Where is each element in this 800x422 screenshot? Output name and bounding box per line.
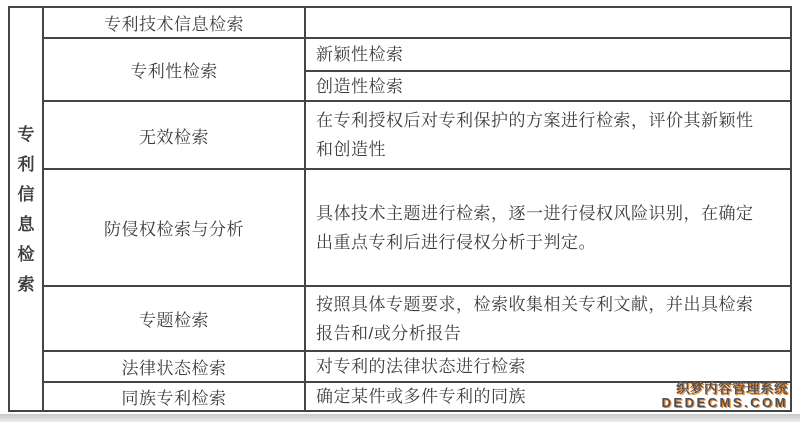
page-background: 专 利 信 息 检 索 专利技术信息检索 专利性检索 新颖性检索 创造性检索 无… [0,0,800,422]
sub-item-inventiveness-search: 创造性检索 [306,72,790,100]
search-type-patentability: 专利性检索 [44,39,304,100]
category-char: 利 [18,156,35,173]
category-char: 专 [18,126,35,143]
search-type-patent-family: 同族专利检索 [44,383,304,410]
search-type-patent-tech-info: 专利技术信息检索 [44,8,304,37]
description-patent-tech-info [306,8,790,37]
search-type-infringement-prevention: 防侵权检索与分析 [44,170,304,285]
search-type-legal-status: 法律状态检索 [44,352,304,381]
search-type-invalidation: 无效检索 [44,102,304,168]
scan-edge-shadow [0,414,800,422]
description-patent-family: 确定某件或多件专利的同族 [306,383,790,410]
category-char: 检 [18,246,35,263]
description-thematic: 按照具体专题要求，检索收集相关专利文献，并出具检索 报告和/或分析报告 [306,287,790,350]
search-type-thematic: 专题检索 [44,287,304,350]
category-char: 信 [18,186,35,203]
category-char: 索 [18,276,35,293]
description-invalidation: 在专利授权后对专利保护的方案进行检索，评价其新颖性 和创造性 [306,102,790,168]
category-header-cell: 专 利 信 息 检 索 [10,8,42,410]
sub-item-novelty-search: 新颖性检索 [306,39,790,70]
category-char: 息 [18,216,35,233]
patent-search-table: 专 利 信 息 检 索 专利技术信息检索 专利性检索 新颖性检索 创造性检索 无… [8,6,792,412]
description-legal-status: 对专利的法律状态进行检索 [306,352,790,381]
description-infringement-prevention: 具体技术主题进行检索，逐一进行侵权风险识别，在确定 出重点专利后进行侵权分析于判… [306,170,790,285]
